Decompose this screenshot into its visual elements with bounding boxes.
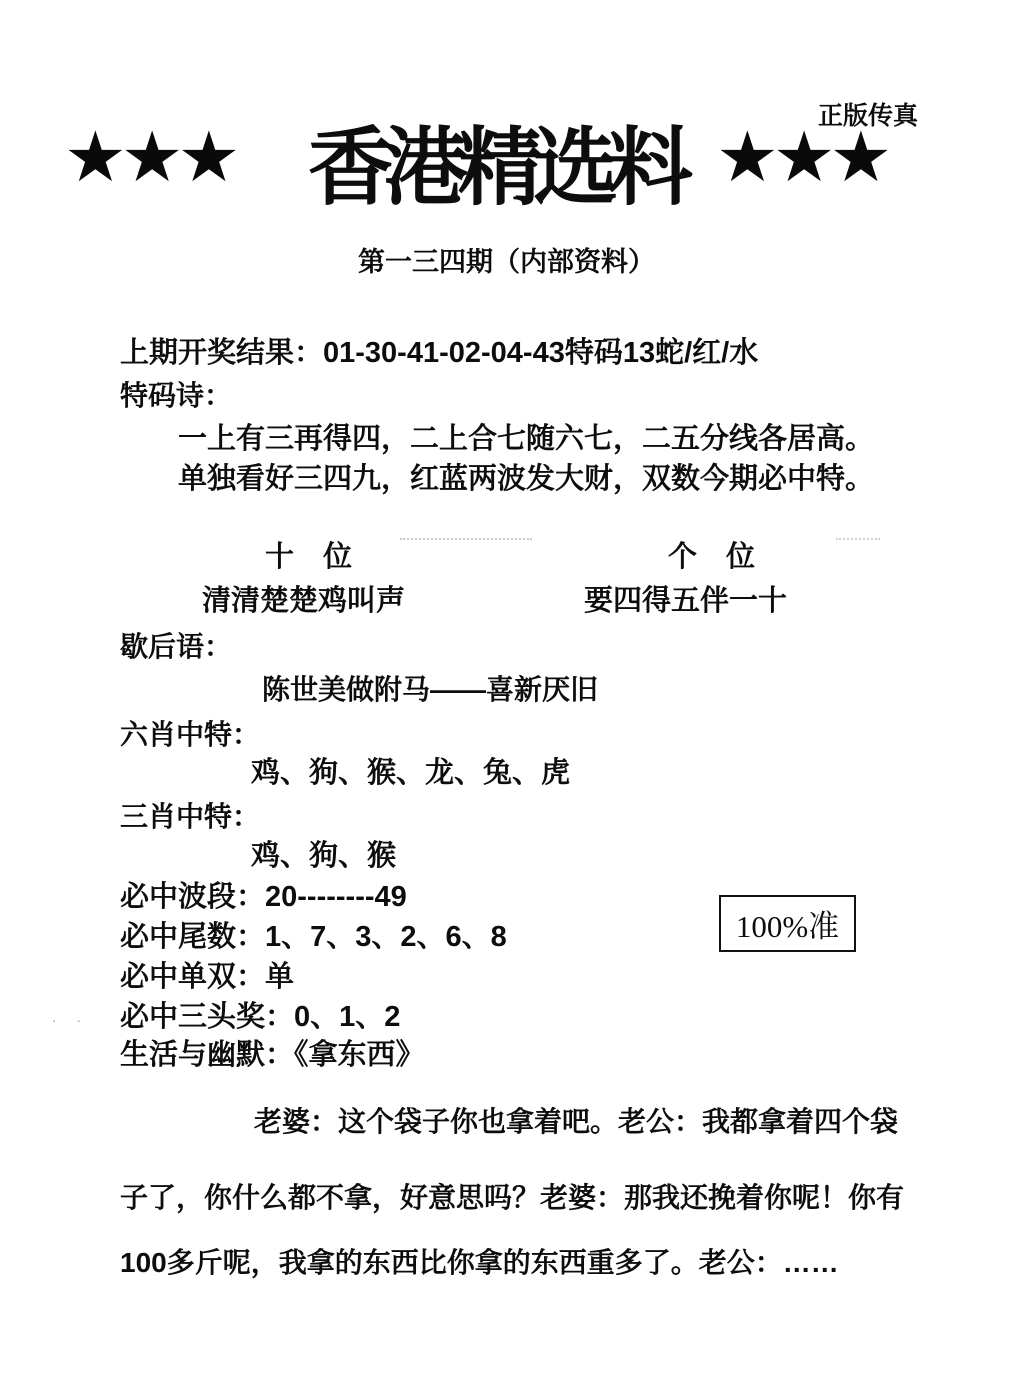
tens-digit-header: 十 位 xyxy=(265,541,352,574)
accuracy-badge: 100%准 xyxy=(719,895,856,952)
joke-line-3: 100多斤呢，我拿的东西比你拿的东西重多了。老公：…… xyxy=(120,1241,839,1281)
humor-section-title: 生活与幽默：《拿东西》 xyxy=(120,1039,425,1072)
must-hit-range-line: 必中波段：20--------49 xyxy=(120,881,407,914)
poem-line-2: 单独看好三四九，红蓝两波发大财，双数今期必中特。 xyxy=(178,463,874,496)
must-hit-tails-line: 必中尾数：1、7、3、2、6、8 xyxy=(120,921,507,954)
fax-document-page: 正版传真 ★★★ 香港精选料 ★★★ 第一三四期（内部资料） 上期开奖结果：01… xyxy=(0,0,1013,1388)
scan-artifact-dashes xyxy=(400,538,532,540)
poem-line-1: 一上有三再得四，二上合七随六七，二五分线各居高。 xyxy=(178,423,874,456)
issue-subtitle: 第一三四期（内部资料） xyxy=(0,240,1013,279)
must-hit-heads-line: 必中三头奖：0、1、2 xyxy=(120,1001,400,1034)
must-hit-parity-line: 必中单双：单 xyxy=(120,961,294,994)
scan-artifact-dots: · · xyxy=(52,1012,89,1028)
units-digit-hint: 要四得五伴一十 xyxy=(584,585,787,618)
six-zodiac-label: 六肖中特： xyxy=(120,719,260,751)
three-zodiac-values: 鸡、狗、猴 xyxy=(251,840,396,873)
riddle-label: 歇后语： xyxy=(120,631,232,663)
stars-left-icon: ★★★ xyxy=(64,122,234,192)
riddle-text: 陈世美做附马——喜新厌旧 xyxy=(262,674,598,706)
special-code-poem-label: 特码诗： xyxy=(120,380,232,412)
three-zodiac-label: 三肖中特： xyxy=(120,801,260,833)
six-zodiac-values: 鸡、狗、猴、龙、兔、虎 xyxy=(251,757,570,790)
units-digit-header: 个 位 xyxy=(668,541,755,574)
page-title: 香港精选料 xyxy=(308,122,683,216)
scan-artifact-dashes xyxy=(836,538,880,540)
tens-digit-hint: 清清楚楚鸡叫声 xyxy=(202,585,405,618)
joke-line-2: 子了，你什么都不拿，好意思吗？老婆：那我还挽着你呢！你有 xyxy=(120,1176,904,1216)
last-draw-result-line: 上期开奖结果：01-30-41-02-04-43特码13蛇/红/水 xyxy=(120,337,758,370)
stars-right-icon: ★★★ xyxy=(716,122,886,192)
joke-line-1: 老婆：这个袋子你也拿着吧。老公：我都拿着四个袋 xyxy=(254,1100,898,1140)
